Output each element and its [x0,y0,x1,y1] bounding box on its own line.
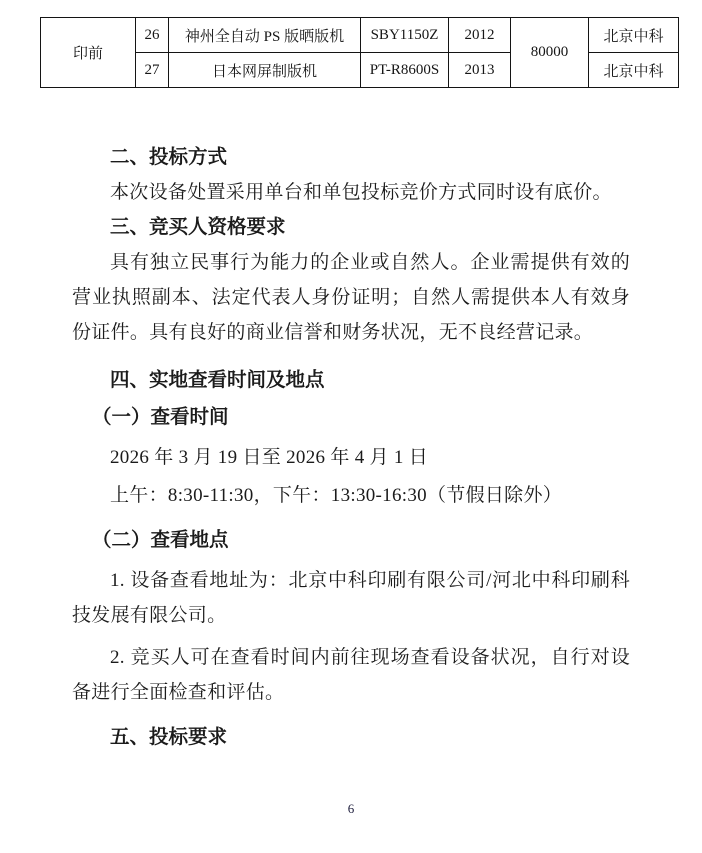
section-heading-bidder-qualification: 三、竞买人资格要求 [72,210,630,245]
section-heading-site-visit: 四、实地查看时间及地点 [72,363,630,398]
subsection-heading-visit-time: （一）查看时间 [72,400,630,435]
paragraph-visit-date: 2026 年 3 月 19 日至 2026 年 4 月 1 日 [72,440,630,475]
subsection-heading-visit-location: （二）查看地点 [72,523,630,558]
paragraph-bidding-method: 本次设备处置采用单台和单包投标竞价方式同时设有底价。 [72,175,630,210]
page-number: 6 [0,801,702,817]
section-heading-bidding-requirements: 五、投标要求 [72,720,630,755]
document-page: { "table": { "category": "印前", "price": … [0,0,702,853]
paragraph-visit-hours: 上午：8:30-11:30，下午：13:30-16:30（节假日除外） [72,478,630,513]
paragraph-qualification: 具有独立民事行为能力的企业或自然人。企业需提供有效的营业执照副本、法定代表人身份… [72,245,630,350]
paragraph-inspection-note: 2. 竞买人可在查看时间内前往现场查看设备状况，自行对设备进行全面检查和评估。 [72,640,630,710]
section-heading-bidding-method: 二、投标方式 [72,140,630,175]
paragraph-visit-address: 1. 设备查看地址为：北京中科印刷有限公司/河北中科印刷科技发展有限公司。 [72,563,630,633]
document-body: 二、投标方式 本次设备处置采用单台和单包投标竞价方式同时设有底价。 三、竞买人资… [72,0,630,755]
